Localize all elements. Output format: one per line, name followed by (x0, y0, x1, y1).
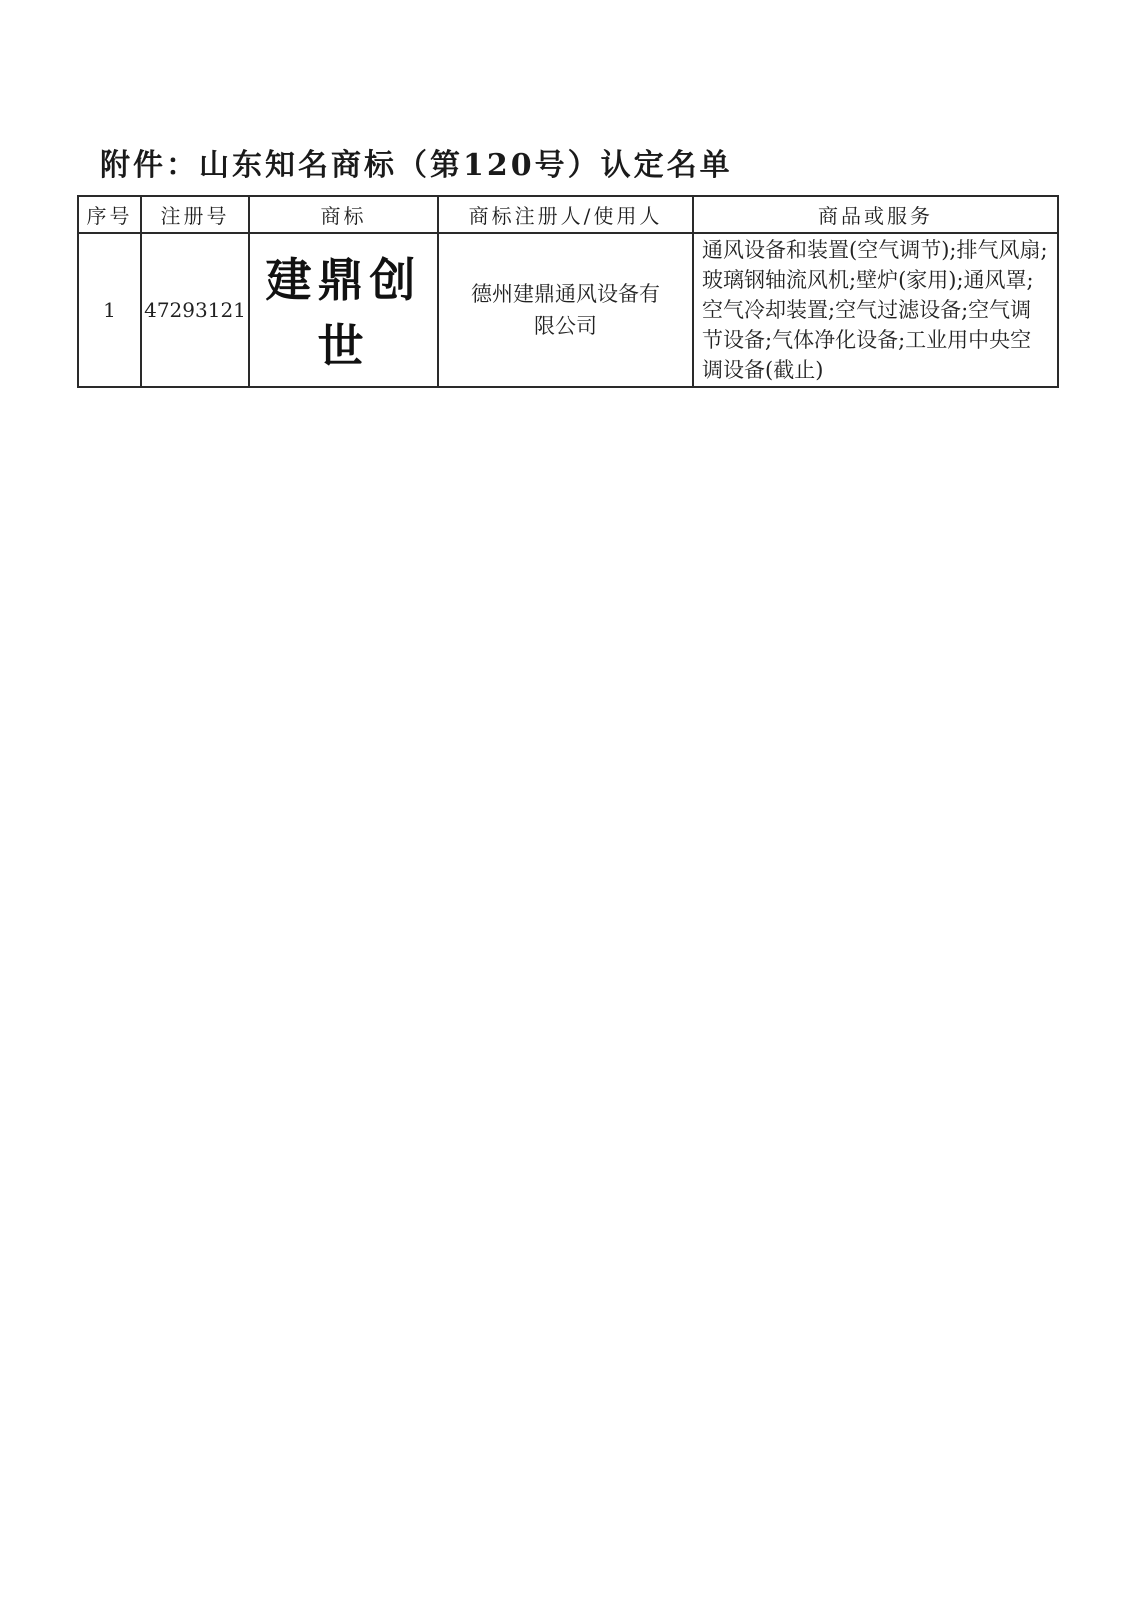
cell-serial-number: 1 (78, 233, 141, 387)
cell-registration-number: 47293121 (141, 233, 249, 387)
table-header-row: 序号 注册号 商标 商标注册人/使用人 商品或服务 (78, 196, 1058, 233)
trademark-table: 序号 注册号 商标 商标注册人/使用人 商品或服务 1 47293121 建鼎创… (77, 195, 1059, 388)
cell-registrant-company: 德州建鼎通风设备有限公司 (438, 233, 693, 387)
cell-trademark-name: 建鼎创世 (249, 233, 438, 387)
table-row: 1 47293121 建鼎创世 德州建鼎通风设备有限公司 通风设备和装置(空气调… (78, 233, 1058, 387)
document-page: 附件：山东知名商标（第120号）认定名单 序号 注册号 商标 商标注册人/使用人… (0, 0, 1131, 1600)
attachment-title: 附件：山东知名商标（第120号）认定名单 (100, 140, 733, 184)
cell-goods-or-services: 通风设备和装置(空气调节);排气风扇;玻璃钢轴流风机;壁炉(家用);通风罩;空气… (693, 233, 1058, 387)
header-serial-number: 序号 (78, 196, 141, 233)
header-goods-or-services: 商品或服务 (693, 196, 1058, 233)
header-registration-number: 注册号 (141, 196, 249, 233)
header-registrant-user: 商标注册人/使用人 (438, 196, 693, 233)
header-trademark: 商标 (249, 196, 438, 233)
